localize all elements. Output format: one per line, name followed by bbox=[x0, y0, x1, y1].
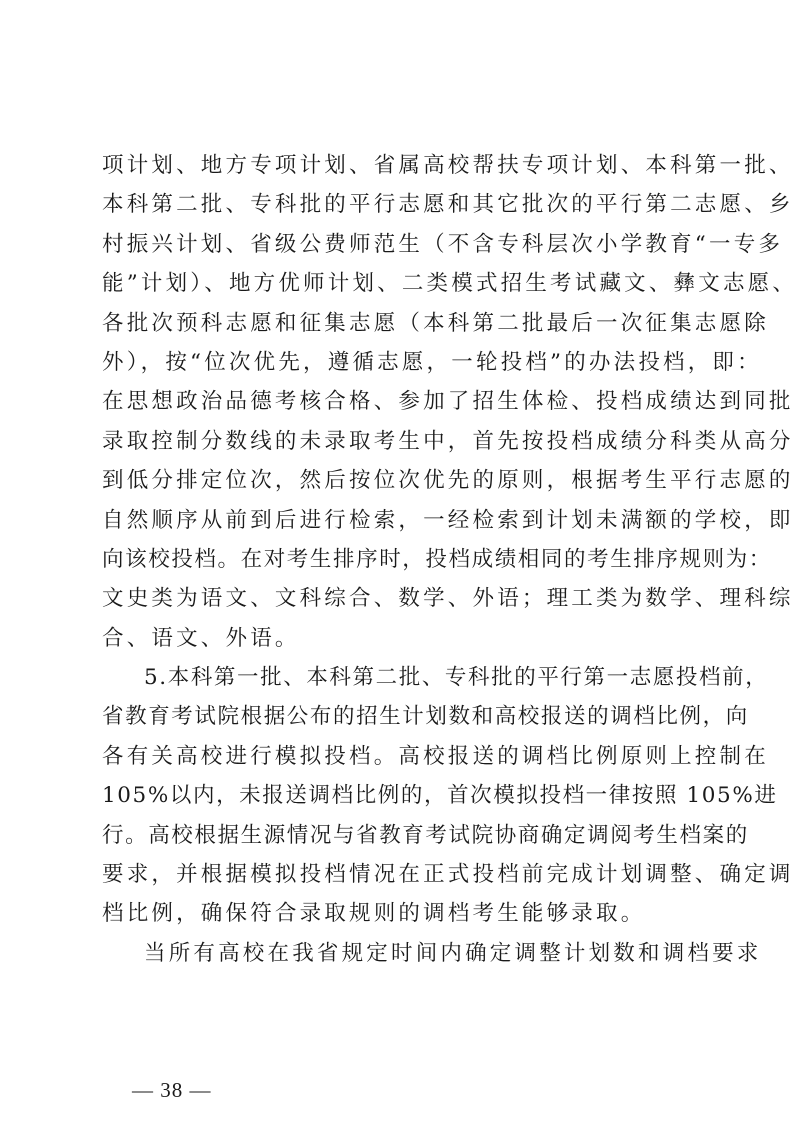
text-line: 外），按“位次优先，遵循志愿，一轮投档”的办法投档，即： bbox=[102, 343, 712, 382]
text-line: 要求，并根据模拟投档情况在正式投档前完成计划调整、确定调 bbox=[102, 855, 712, 894]
text-line: 省教育考试院根据公布的招生计划数和高校报送的调档比例，向 bbox=[102, 697, 712, 736]
text-line: 档比例，确保符合录取规则的调档考生能够录取。 bbox=[102, 894, 712, 933]
text-line: 到低分排定位次，然后按位次优先的原则，根据考生平行志愿的 bbox=[102, 461, 712, 500]
text-line: 合、语文、外语。 bbox=[102, 619, 712, 658]
paragraph-start-line: 5.本科第一批、本科第二批、专科批的平行第一志愿投档前， bbox=[102, 658, 712, 697]
page-number: — 38 — bbox=[132, 1078, 212, 1103]
paragraph-start-line: 当所有高校在我省规定时间内确定调整计划数和调档要求 bbox=[102, 934, 712, 973]
text-line: 行。高校根据生源情况与省教育考试院协商确定调阅考生档案的 bbox=[102, 816, 712, 855]
text-line: 自然顺序从前到后进行检索，一经检索到计划未满额的学校，即 bbox=[102, 501, 712, 540]
body-text: 项计划、地方专项计划、省属高校帮扶专项计划、本科第一批、 本科第二批、专科批的平… bbox=[102, 146, 712, 973]
text-line: 录取控制分数线的未录取考生中，首先按投档成绩分科类从高分 bbox=[102, 422, 712, 461]
text-line: 各有关高校进行模拟投档。高校报送的调档比例原则上控制在 bbox=[102, 737, 712, 776]
text-line: 各批次预科志愿和征集志愿（本科第二批最后一次征集志愿除 bbox=[102, 304, 712, 343]
text-line: 在思想政治品德考核合格、参加了招生体检、投档成绩达到同批 bbox=[102, 382, 712, 421]
text-line: 项计划、地方专项计划、省属高校帮扶专项计划、本科第一批、 bbox=[102, 146, 712, 185]
text-line: 能”计划）、地方优师计划、二类模式招生考试藏文、彝文志愿、 bbox=[102, 264, 712, 303]
text-line: 向该校投档。在对考生排序时，投档成绩相同的考生排序规则为： bbox=[102, 540, 712, 579]
text-line: 105%以内，未报送调档比例的，首次模拟投档一律按照 105%进 bbox=[102, 776, 712, 815]
text-line: 本科第二批、专科批的平行志愿和其它批次的平行第二志愿、乡 bbox=[102, 185, 712, 224]
text-line: 文史类为语文、文科综合、数学、外语；理工类为数学、理科综 bbox=[102, 579, 712, 618]
document-page: 项计划、地方专项计划、省属高校帮扶专项计划、本科第一批、 本科第二批、专科批的平… bbox=[0, 0, 800, 1131]
text-line: 村振兴计划、省级公费师范生（不含专科层次小学教育“一专多 bbox=[102, 225, 712, 264]
